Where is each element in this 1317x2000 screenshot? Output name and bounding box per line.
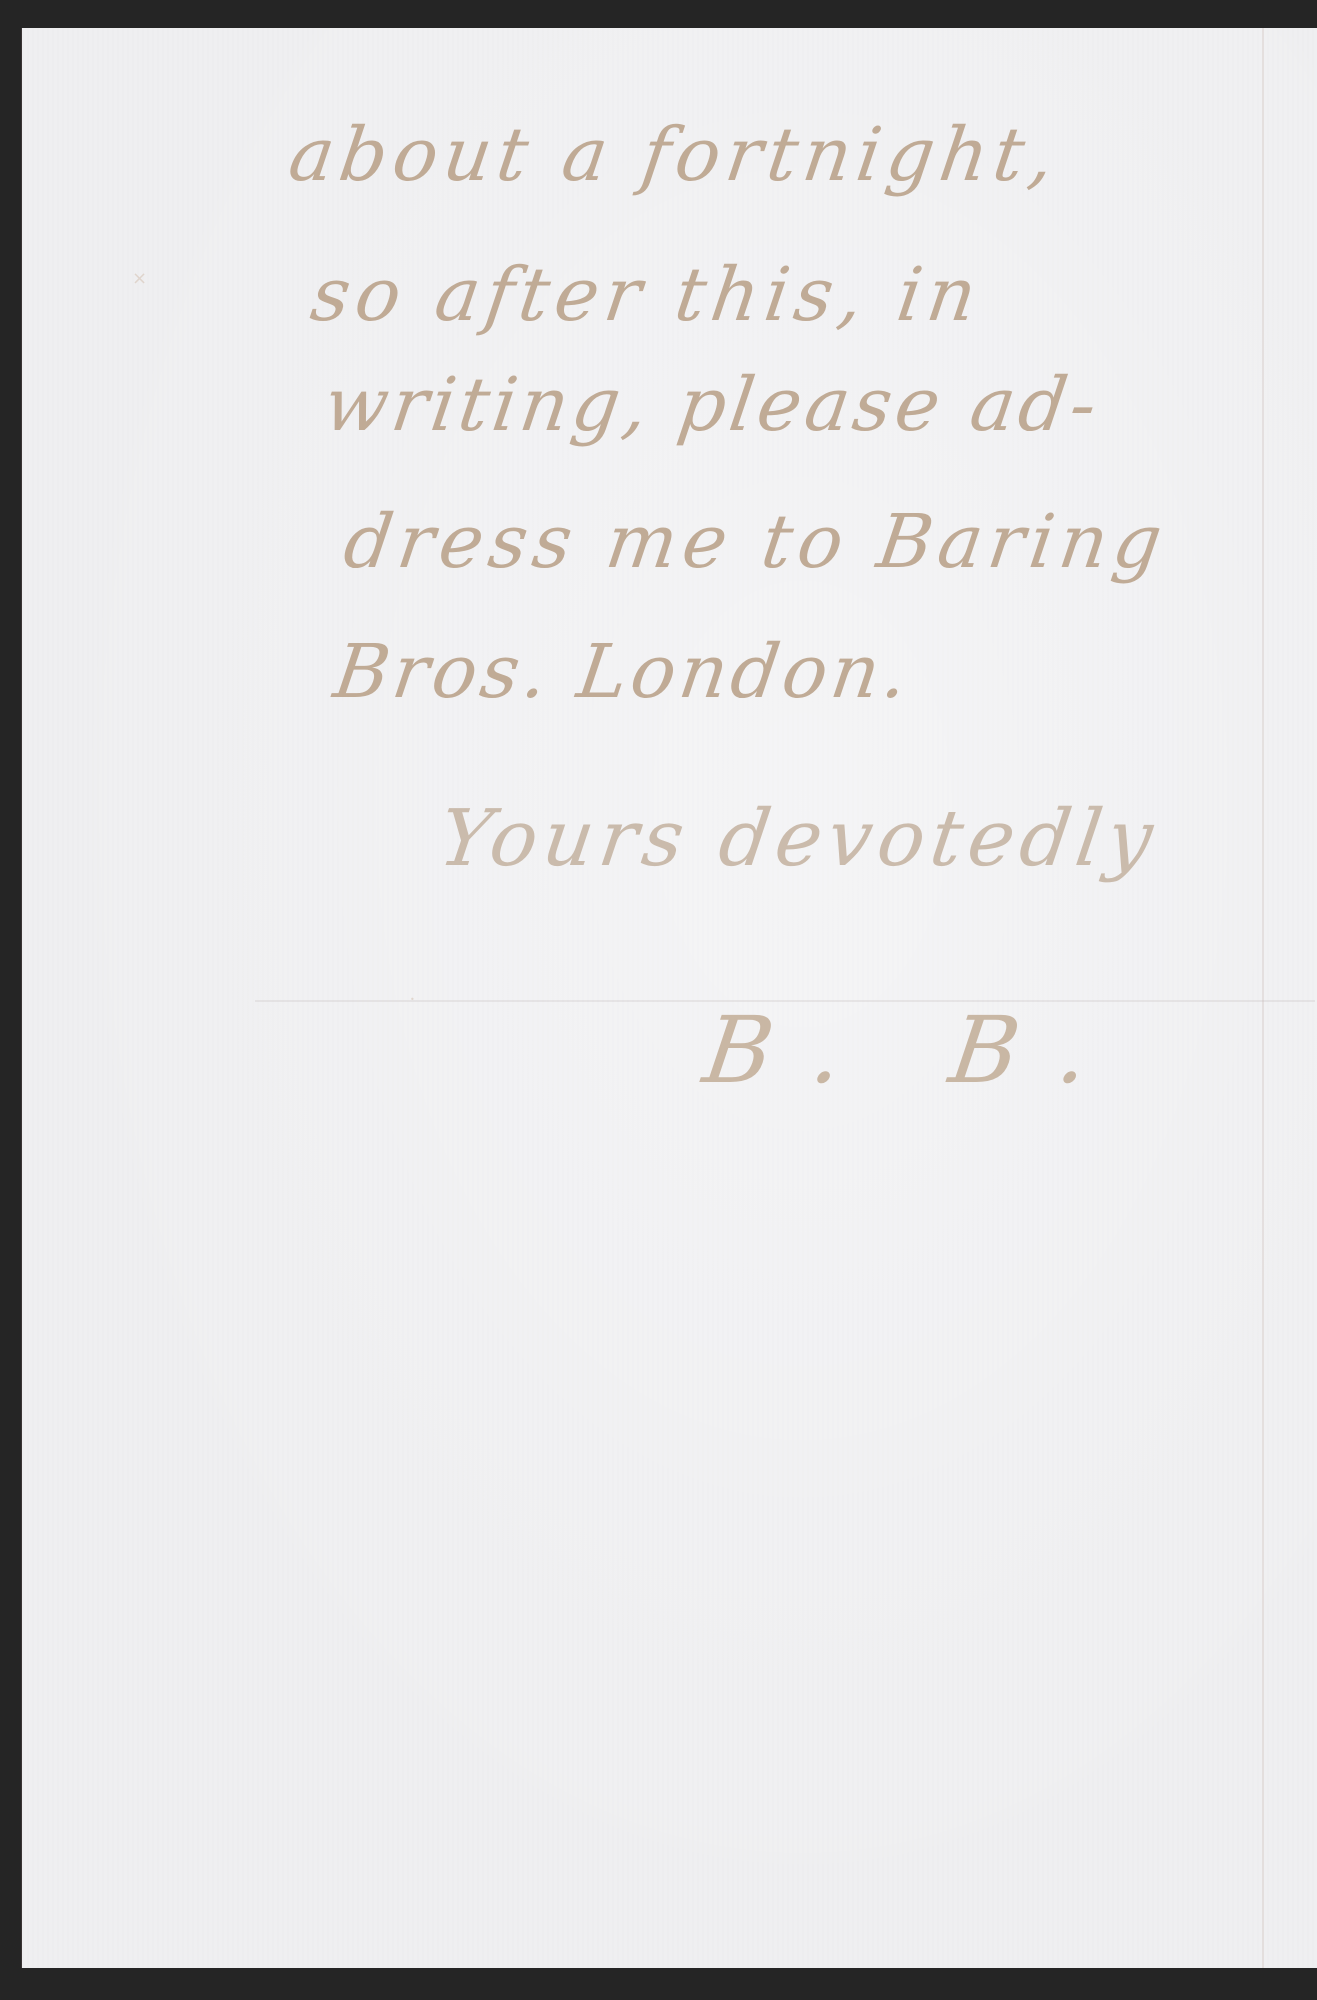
letter-line-3: writing, please ad- xyxy=(320,368,1105,442)
letter-line-2: so after this, in xyxy=(307,258,987,332)
letter-closing: Yours devotedly xyxy=(435,800,1164,878)
ink-dot-mark: • xyxy=(410,995,415,1004)
ink-speck-mark: × xyxy=(132,268,147,289)
letter-signature: B. B. xyxy=(699,1005,1135,1097)
letter-line-4: dress me to Baring xyxy=(340,505,1172,579)
letter-line-1: about a fortnight, xyxy=(285,118,1065,192)
letter-line-5: Bros. London. xyxy=(330,635,916,709)
letter-body: about a fortnight, so after this, in wri… xyxy=(0,0,1317,2000)
